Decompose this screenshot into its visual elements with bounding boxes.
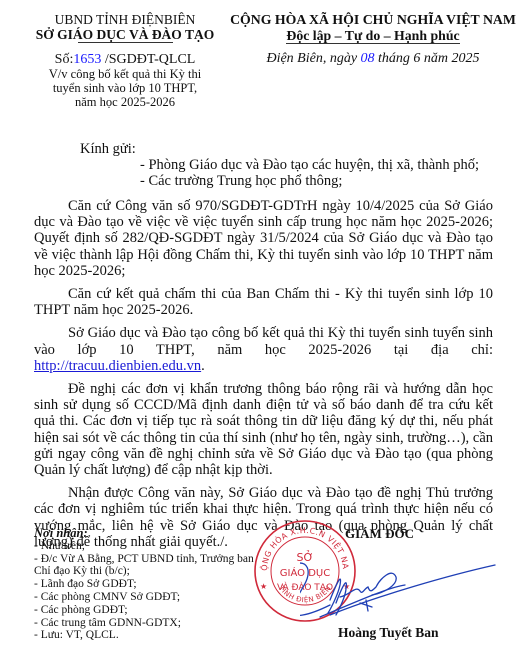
recipient-item: - Các trường Trung học phổ thông; [140, 173, 479, 189]
document-number-value: 1653 [73, 52, 101, 67]
paragraph-legal-basis: Căn cứ Công văn số 970/SGDĐT-GDTrH ngày … [34, 198, 493, 279]
issue-day: 08 [361, 51, 375, 66]
distribution-item: - Lưu: VT, QLCL. [34, 629, 264, 642]
handwritten-signature-icon [300, 555, 500, 620]
document-body: Căn cứ Công văn số 970/SGDĐT-GDTrH ngày … [34, 198, 493, 557]
paragraph-request: Đề nghị các đơn vị khẩn trương thông báo… [34, 381, 493, 478]
distribution-title: Nơi nhận: [34, 527, 264, 540]
agency-name: UBND TỈNH ĐIỆNBIÊN [20, 12, 230, 27]
distribution-item: - Như trên; [34, 540, 264, 553]
svg-text:★: ★ [260, 582, 267, 591]
recipients-list: - Phòng Giáo dục và Đào tạo các huyện, t… [140, 157, 479, 189]
distribution-item: - Các trung tâm GDNN-GDTX; [34, 617, 264, 630]
recipient-item: - Phòng Giáo dục và Đào tạo các huyện, t… [140, 157, 479, 173]
paragraph-announcement: Sở Giáo dục và Đào tạo công bố kết quả t… [34, 325, 493, 374]
signer-title: GIÁM ĐỐC [345, 526, 414, 542]
issue-date: Điện Biên, ngày 08 tháng 6 năm 2025 [228, 51, 518, 67]
paragraph-grading-basis: Căn cứ kết quả chấm thi của Ban Chấm thi… [34, 286, 493, 318]
department-underline [78, 42, 173, 43]
national-motto: Độc lập – Tự do – Hạnh phúc [228, 28, 518, 43]
distribution-item: - Các phòng GDĐT; [34, 604, 264, 617]
document-number: Số:1653 /SGDĐT-QLCL [20, 52, 230, 67]
distribution-item: - Các phòng CMNV Sở GDĐT; [34, 591, 264, 604]
national-header-block: CỘNG HÒA XÃ HỘI CHỦ NGHĨA VIỆT NAM Độc l… [228, 12, 518, 67]
signer-name: Hoàng Tuyết Ban [338, 625, 439, 641]
distribution-item: - Đ/c Vừ A Bằng, PCT UBND tỉnh, Trưởng b… [34, 553, 264, 579]
distribution-item: - Lãnh đạo Sở GDĐT; [34, 578, 264, 591]
issuing-agency-block: UBND TỈNH ĐIỆNBIÊN SỞ GIÁO DỤC VÀ ĐÀO TẠ… [20, 12, 230, 109]
recipients-label: Kính gửi: [80, 141, 136, 158]
document-subject: V/v công bố kết quả thi Kỳ thi tuyển sin… [20, 67, 230, 109]
department-name: SỞ GIÁO DỤC VÀ ĐÀO TẠO [20, 27, 230, 42]
distribution-list: Nơi nhận: - Như trên; - Đ/c Vừ A Bằng, P… [34, 527, 264, 642]
nation-title: CỘNG HÒA XÃ HỘI CHỦ NGHĨA VIỆT NAM [228, 12, 518, 28]
results-lookup-link[interactable]: http://tracuu.dienbien.edu.vn [34, 358, 201, 374]
